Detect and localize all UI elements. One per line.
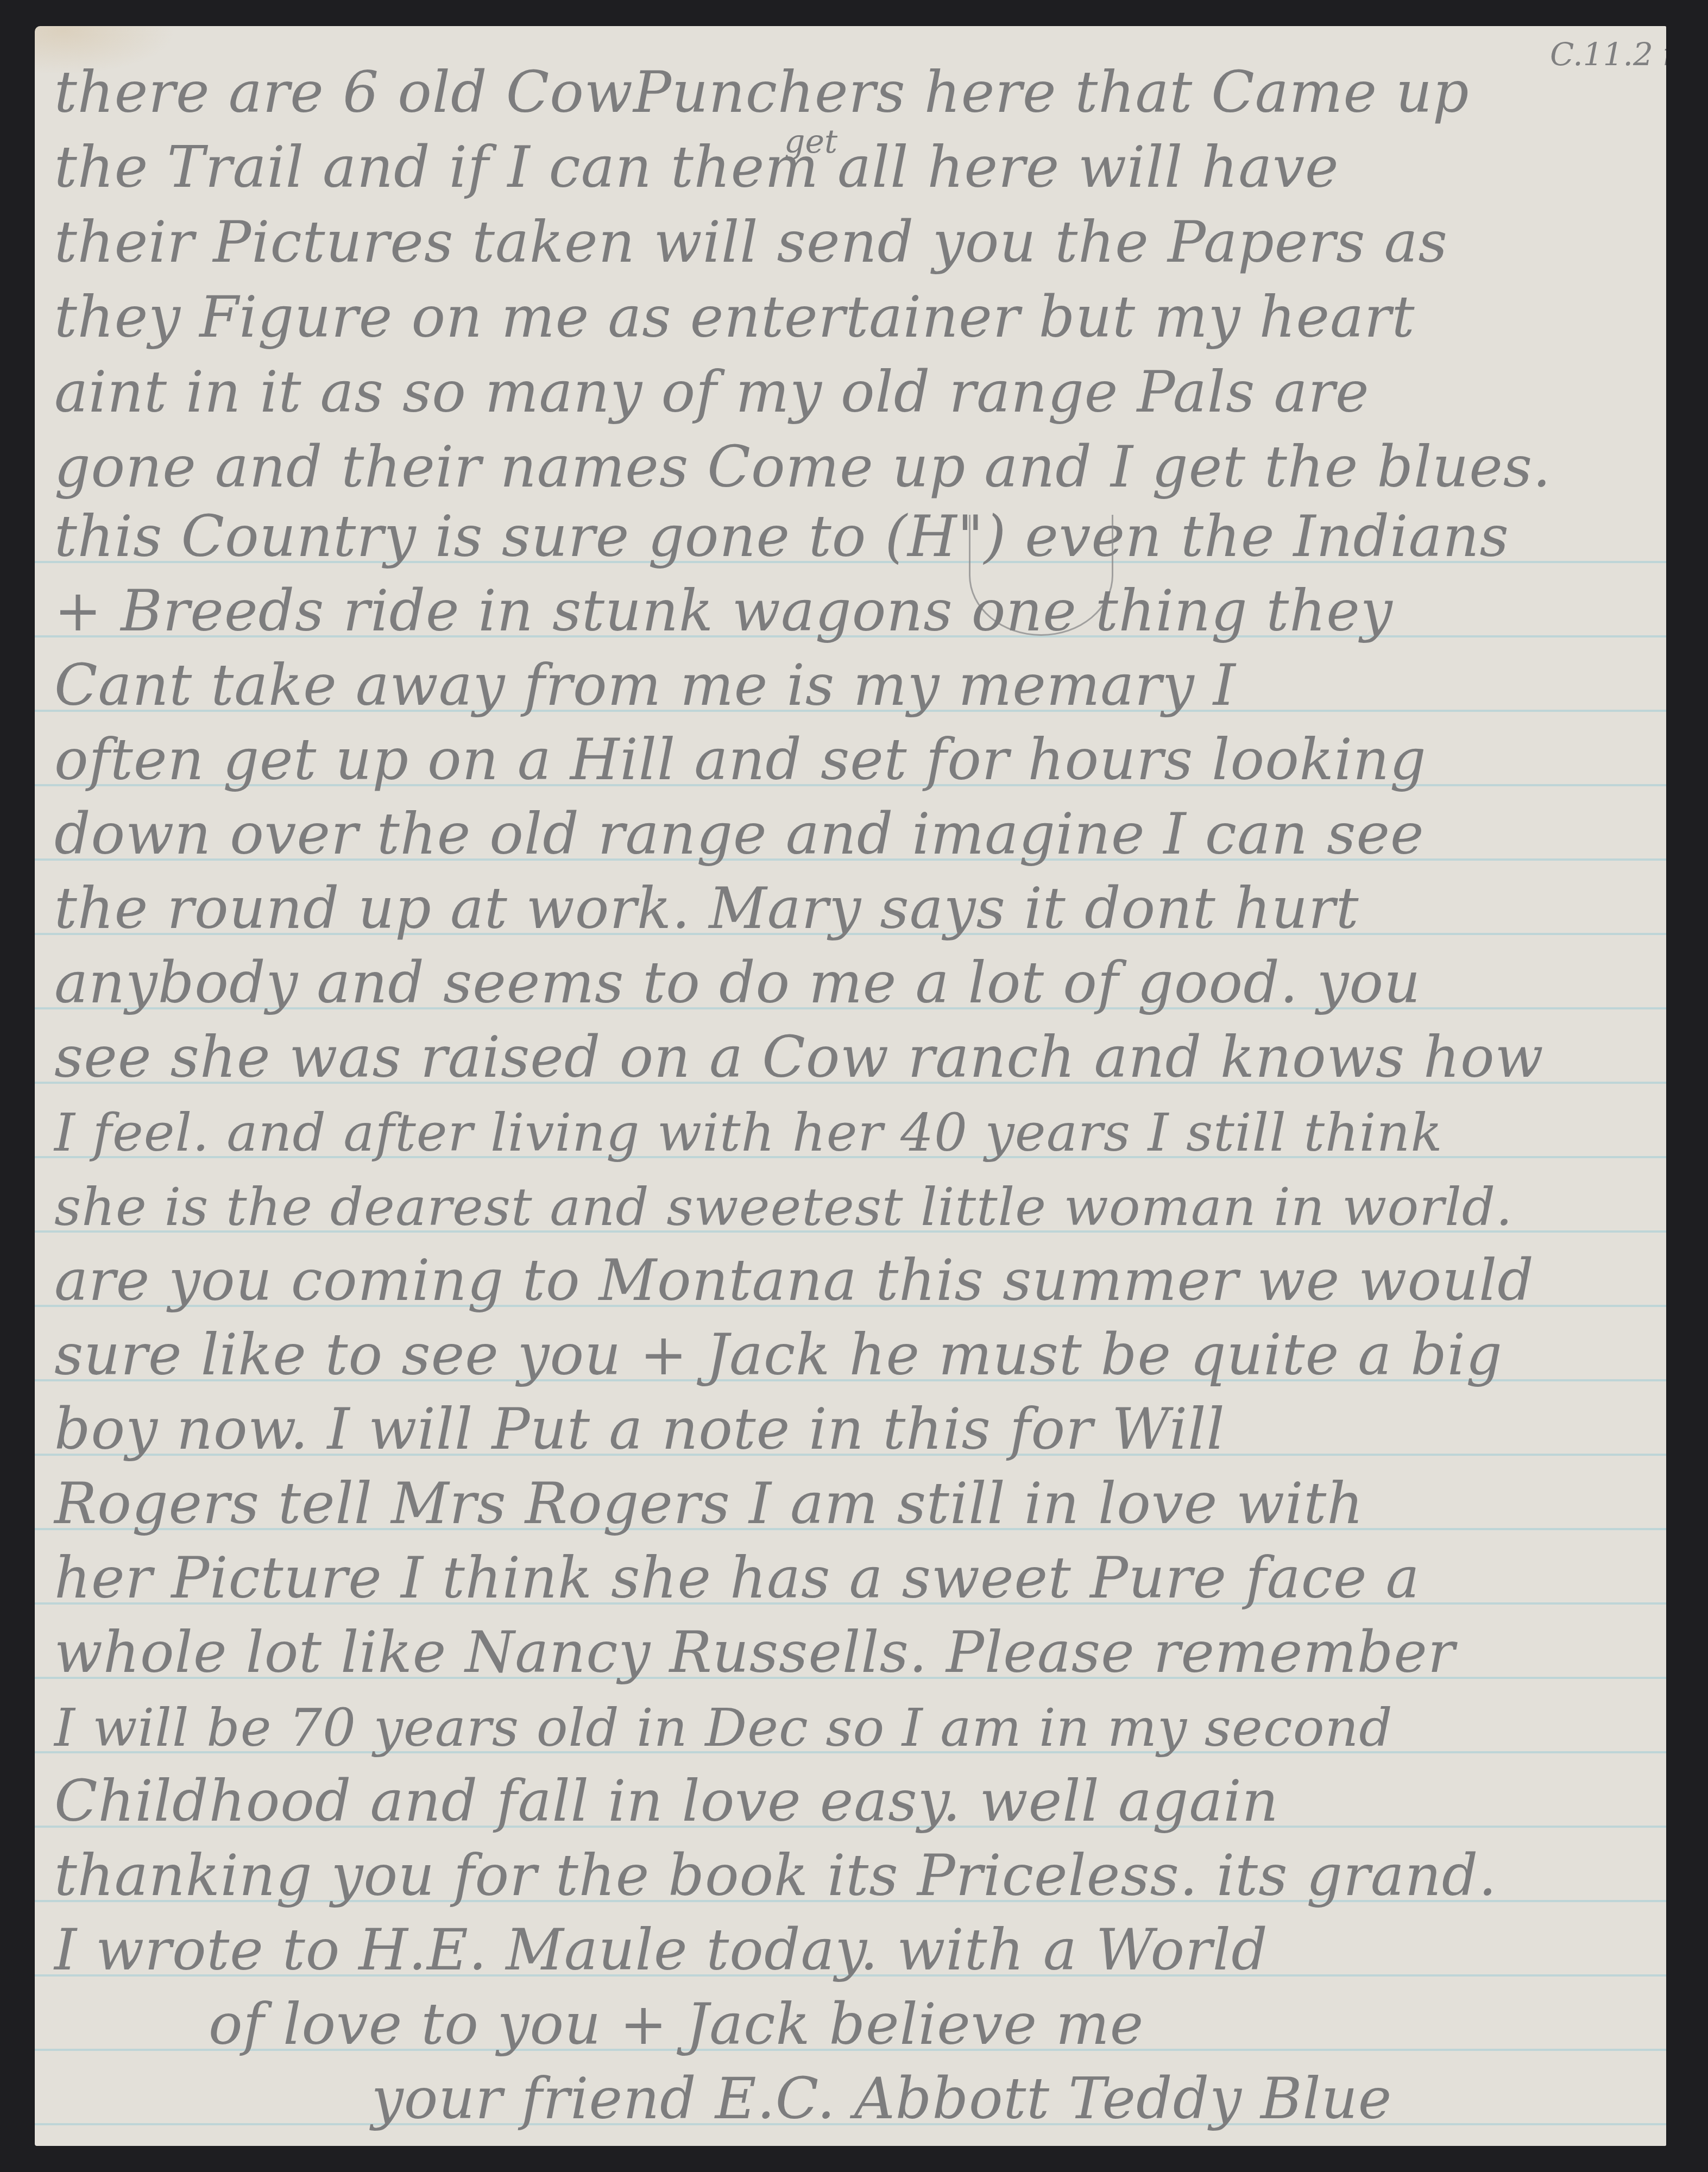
letter-line-5: aint in it as so many of my old range Pa… [54, 364, 1370, 420]
letter-line-26: I wrote to H.E. Maule today. with a Worl… [54, 1922, 1268, 1978]
letter-line-17: are you coming to Montana this summer we… [54, 1252, 1534, 1309]
letter-page: C.11.2 iji get there are 6 old CowPunche… [35, 26, 1666, 2146]
letter-line-21: her Picture I think she has a sweet Pure… [54, 1550, 1420, 1606]
letter-line-27: of love to you + Jack believe me [209, 1996, 1144, 2053]
letter-line-16: she is the dearest and sweetest little w… [54, 1181, 1513, 1233]
letter-line-14: see she was raised on a Cow ranch and kn… [54, 1029, 1544, 1085]
letter-line-13: anybody and seems to do me a lot of good… [54, 955, 1421, 1011]
letter-line-3: their Pictures taken will send you the P… [54, 214, 1448, 270]
letter-line-20: Rogers tell Mrs Rogers I am still in lov… [54, 1475, 1364, 1532]
letter-line-18: sure like to see you + Jack he must be q… [54, 1327, 1503, 1383]
letter-line-1: there are 6 old CowPunchers here that Ca… [54, 64, 1470, 121]
letter-line-25: thanking you for the book its Priceless.… [54, 1847, 1497, 1904]
letter-line-23: I will be 70 years old in Dec so I am in… [54, 1702, 1393, 1754]
letter-line-6: gone and their names Come up and I get t… [54, 439, 1551, 495]
catalog-annotation: C.11.2 iji [1550, 36, 1666, 73]
letter-line-4: they Figure on me as entertainer but my … [54, 289, 1415, 345]
letter-line-2: the Trail and if I can them all here wil… [54, 139, 1339, 195]
letter-line-19: boy now. I will Put a note in this for W… [54, 1401, 1225, 1457]
letter-line-15: I feel. and after living with her 40 yea… [54, 1107, 1443, 1159]
letter-signature: your friend E.C. Abbott Teddy Blue [371, 2070, 1392, 2127]
letter-line-10: often get up on a Hill and set for hours… [54, 731, 1427, 788]
letter-line-24: Childhood and fall in love easy. well ag… [54, 1773, 1279, 1829]
letter-line-9: Cant take away from me is my memary I [54, 657, 1236, 714]
letter-line-11: down over the old range and imagine I ca… [54, 806, 1425, 862]
letter-line-12: the round up at work. Mary says it dont … [54, 880, 1359, 937]
letter-line-8: + Breeds ride in stunk wagons one thing … [54, 583, 1393, 639]
letter-line-22: whole lot like Nancy Russells. Please re… [54, 1624, 1455, 1681]
letter-line-7: this Country is sure gone to (H") even t… [54, 508, 1509, 565]
